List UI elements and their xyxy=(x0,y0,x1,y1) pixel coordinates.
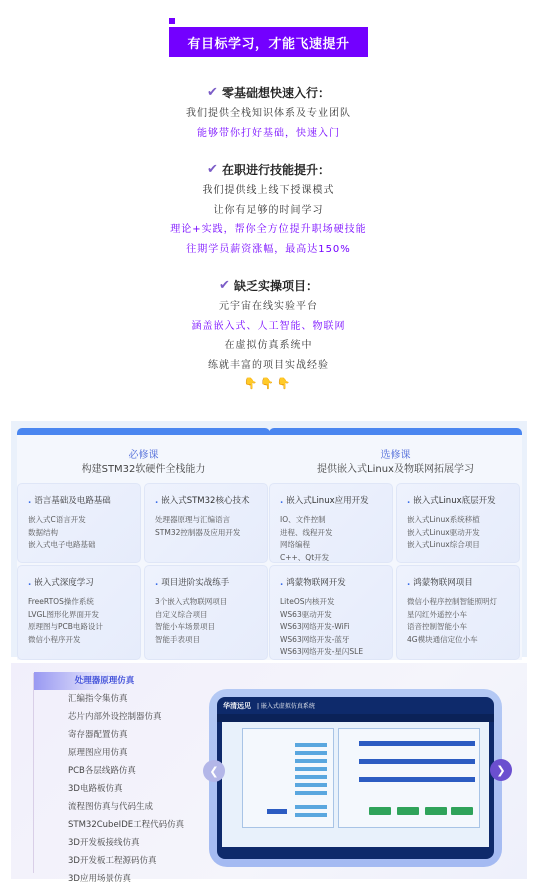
check-icon: ✔ xyxy=(207,82,218,104)
intro-line: 在虚拟仿真系统中 xyxy=(0,336,537,356)
screen-logo: 华清远见 xyxy=(223,701,251,711)
course-item: 语音控制智能小车 xyxy=(407,621,519,634)
course-item: 嵌入式Linux驱动开发 xyxy=(407,527,519,540)
course-card: . 嵌入式深度学习 FreeRTOS操作系统 LVGL图形化界面开发 原理图与P… xyxy=(17,565,141,660)
intro-highlight: 涵盖嵌入式、人工智能、物联网 xyxy=(0,317,537,337)
course-item: 自定义综合项目 xyxy=(155,609,267,622)
course-item: WS63网络开发-星闪SLE xyxy=(280,646,392,659)
course-card: . 鸿蒙物联网开发 LiteOS内核开发 WS63驱动开发 WS63网络开发-W… xyxy=(269,565,393,660)
column-subtitle: 提供嵌入式Linux及物联网拓展学习 xyxy=(269,460,522,475)
column-header-bar xyxy=(269,428,522,435)
carousel-next-button[interactable]: ❯ xyxy=(490,759,512,781)
course-item: C++、Qt开发 xyxy=(280,552,392,565)
intro-line: 我们提供全栈知识体系及专业团队 xyxy=(0,104,537,124)
menu-item[interactable]: 3D开发板工程源码仿真 xyxy=(31,852,184,870)
menu-item[interactable]: 原理图应用仿真 xyxy=(31,744,184,762)
course-card-title: 嵌入式Linux底层开发 xyxy=(413,496,495,506)
intro-line: 练就丰富的项目实战经验 xyxy=(0,356,537,376)
section-heading-banner: 有目标学习，才能飞速提升 xyxy=(169,27,368,57)
menu-item[interactable]: 3D应用场景仿真 xyxy=(31,870,184,882)
menu-item[interactable]: 芯片内部外设控制器仿真 xyxy=(31,708,184,726)
menu-item[interactable]: 汇编指令集仿真 xyxy=(31,690,184,708)
screen-title: | 嵌入式虚拟仿真系统 xyxy=(257,701,315,710)
required-courses-column: 必修课 构建STM32软硬件全栈能力 . 语言基础及电路基础 嵌入式C语言开发 … xyxy=(17,428,270,650)
course-item: LiteOS内核开发 xyxy=(280,596,392,609)
course-card-title: 嵌入式深度学习 xyxy=(34,578,94,588)
diagram-panel xyxy=(242,728,334,828)
intro-highlight: 理论+实践，帮你全方位提升职场硬技能 xyxy=(0,220,537,240)
column-title: 必修课 xyxy=(17,435,270,460)
course-card-title: 鸿蒙物联网开发 xyxy=(286,578,346,588)
menu-item[interactable]: 流程图仿真与代码生成 xyxy=(31,798,184,816)
course-item: 网络编程 xyxy=(280,539,392,552)
block-title: 零基础想快速入行： xyxy=(222,82,330,104)
simulation-section: ➤处理器原理仿真 汇编指令集仿真 芯片内部外设控制器仿真 寄存器配置仿真 原理图… xyxy=(11,663,527,879)
simulation-device-frame: 华清远见 | 嵌入式虚拟仿真系统 xyxy=(209,689,502,867)
intro-block-practice: ✔缺乏实操项目： 元宇宙在线实验平台 涵盖嵌入式、人工智能、物联网 在虚拟仿真系… xyxy=(0,275,537,393)
course-item: 嵌入式C语言开发 xyxy=(28,514,140,527)
intro-highlight: 能够带你打好基础，快速入门 xyxy=(0,124,537,144)
course-item: LVGL图形化界面开发 xyxy=(28,609,140,622)
column-header-bar xyxy=(17,428,270,435)
column-title: 选修课 xyxy=(269,435,522,460)
course-card: . 鸿蒙物联网项目 微信小程序控制智能照明灯 星闪红外遥控小车 语音控制智能小车… xyxy=(396,565,520,660)
course-item: 微信小程序开发 xyxy=(28,634,140,647)
course-item: 智能手表项目 xyxy=(155,634,267,647)
course-item: 微信小程序控制智能照明灯 xyxy=(407,596,519,609)
carousel-prev-button[interactable]: ❮ xyxy=(203,760,225,782)
intro-line: 让你有足够的时间学习 xyxy=(0,201,537,221)
course-item: 处理器原理与汇编语言 xyxy=(155,514,267,527)
course-item: 数据结构 xyxy=(28,527,140,540)
courses-section: 必修课 构建STM32软硬件全栈能力 . 语言基础及电路基础 嵌入式C语言开发 … xyxy=(11,421,527,657)
course-item: 进程、线程开发 xyxy=(280,527,392,540)
course-item: STM32控制器及应用开发 xyxy=(155,527,267,540)
course-card-title: 嵌入式Linux应用开发 xyxy=(286,496,368,506)
column-subtitle: 构建STM32软硬件全栈能力 xyxy=(17,460,270,475)
course-card: . 项目进阶实战练手 3个嵌入式物联网项目 自定义综合项目 智能小车场景项目 智… xyxy=(144,565,268,660)
banner-accent-square xyxy=(169,18,175,24)
menu-item-active[interactable]: ➤处理器原理仿真 xyxy=(31,672,184,690)
course-card: . 嵌入式STM32核心技术 处理器原理与汇编语言 STM32控制器及应用开发 xyxy=(144,483,268,563)
course-item: 原理图与PCB电路设计 xyxy=(28,621,140,634)
block-title: 在职进行技能提升： xyxy=(222,159,330,181)
elective-courses-column: 选修课 提供嵌入式Linux及物联网拓展学习 . 嵌入式Linux应用开发 IO… xyxy=(269,428,522,650)
course-card: . 嵌入式Linux应用开发 IO、文件控制 进程、线程开发 网络编程 C++、… xyxy=(269,483,393,563)
course-card-title: 语言基础及电路基础 xyxy=(34,496,111,506)
course-item: WS63驱动开发 xyxy=(280,609,392,622)
course-item: 4G模块通信定位小车 xyxy=(407,634,519,647)
intro-block-employed: ✔在职进行技能提升： 我们提供线上线下授课模式 让你有足够的时间学习 理论+实践… xyxy=(0,159,537,259)
course-item: 嵌入式Linux系统移植 xyxy=(407,514,519,527)
screen-subbar xyxy=(217,714,494,722)
course-item: WS63网络开发-WiFi xyxy=(280,621,392,634)
course-item: 3个嵌入式物联网项目 xyxy=(155,596,267,609)
course-item: 星闪红外遥控小车 xyxy=(407,609,519,622)
config-panel xyxy=(338,728,480,828)
block-title: 缺乏实操项目： xyxy=(234,275,318,297)
screen-content xyxy=(222,722,489,847)
menu-item[interactable]: STM32CubeIDE工程代码仿真 xyxy=(31,816,184,834)
menu-item[interactable]: 3D开发板接线仿真 xyxy=(31,834,184,852)
menu-item[interactable]: 寄存器配置仿真 xyxy=(31,726,184,744)
course-item: FreeRTOS操作系统 xyxy=(28,596,140,609)
intro-section: ✔零基础想快速入行： 我们提供全栈知识体系及专业团队 能够带你打好基础，快速入门… xyxy=(0,82,537,409)
simulation-screen: 华清远见 | 嵌入式虚拟仿真系统 xyxy=(217,697,494,859)
intro-line: 元宇宙在线实验平台 xyxy=(0,297,537,317)
intro-highlight: 往期学员薪资涨幅，最高达150% xyxy=(0,240,537,260)
course-card-title: 嵌入式STM32核心技术 xyxy=(161,496,249,506)
course-card: . 语言基础及电路基础 嵌入式C语言开发 数据结构 嵌入式电子电路基础 xyxy=(17,483,141,563)
pointing-down-icons: 👇👇👇 xyxy=(0,375,537,393)
course-item: 嵌入式Linux综合项目 xyxy=(407,539,519,552)
course-card: . 嵌入式Linux底层开发 嵌入式Linux系统移植 嵌入式Linux驱动开发… xyxy=(396,483,520,563)
course-item: WS63网络开发-蓝牙 xyxy=(280,634,392,647)
course-card-title: 项目进阶实战练手 xyxy=(161,578,229,588)
course-item: IO、文件控制 xyxy=(280,514,392,527)
intro-block-beginner: ✔零基础想快速入行： 我们提供全栈知识体系及专业团队 能够带你打好基础，快速入门 xyxy=(0,82,537,143)
simulation-menu: ➤处理器原理仿真 汇编指令集仿真 芯片内部外设控制器仿真 寄存器配置仿真 原理图… xyxy=(31,672,184,882)
check-icon: ✔ xyxy=(207,159,218,181)
menu-item[interactable]: PCB各层线路仿真 xyxy=(31,762,184,780)
course-item: 智能小车场景项目 xyxy=(155,621,267,634)
intro-line: 我们提供线上线下授课模式 xyxy=(0,181,537,201)
course-card-title: 鸿蒙物联网项目 xyxy=(413,578,473,588)
menu-item[interactable]: 3D电路板仿真 xyxy=(31,780,184,798)
course-item: 嵌入式电子电路基础 xyxy=(28,539,140,552)
check-icon: ✔ xyxy=(219,275,230,297)
